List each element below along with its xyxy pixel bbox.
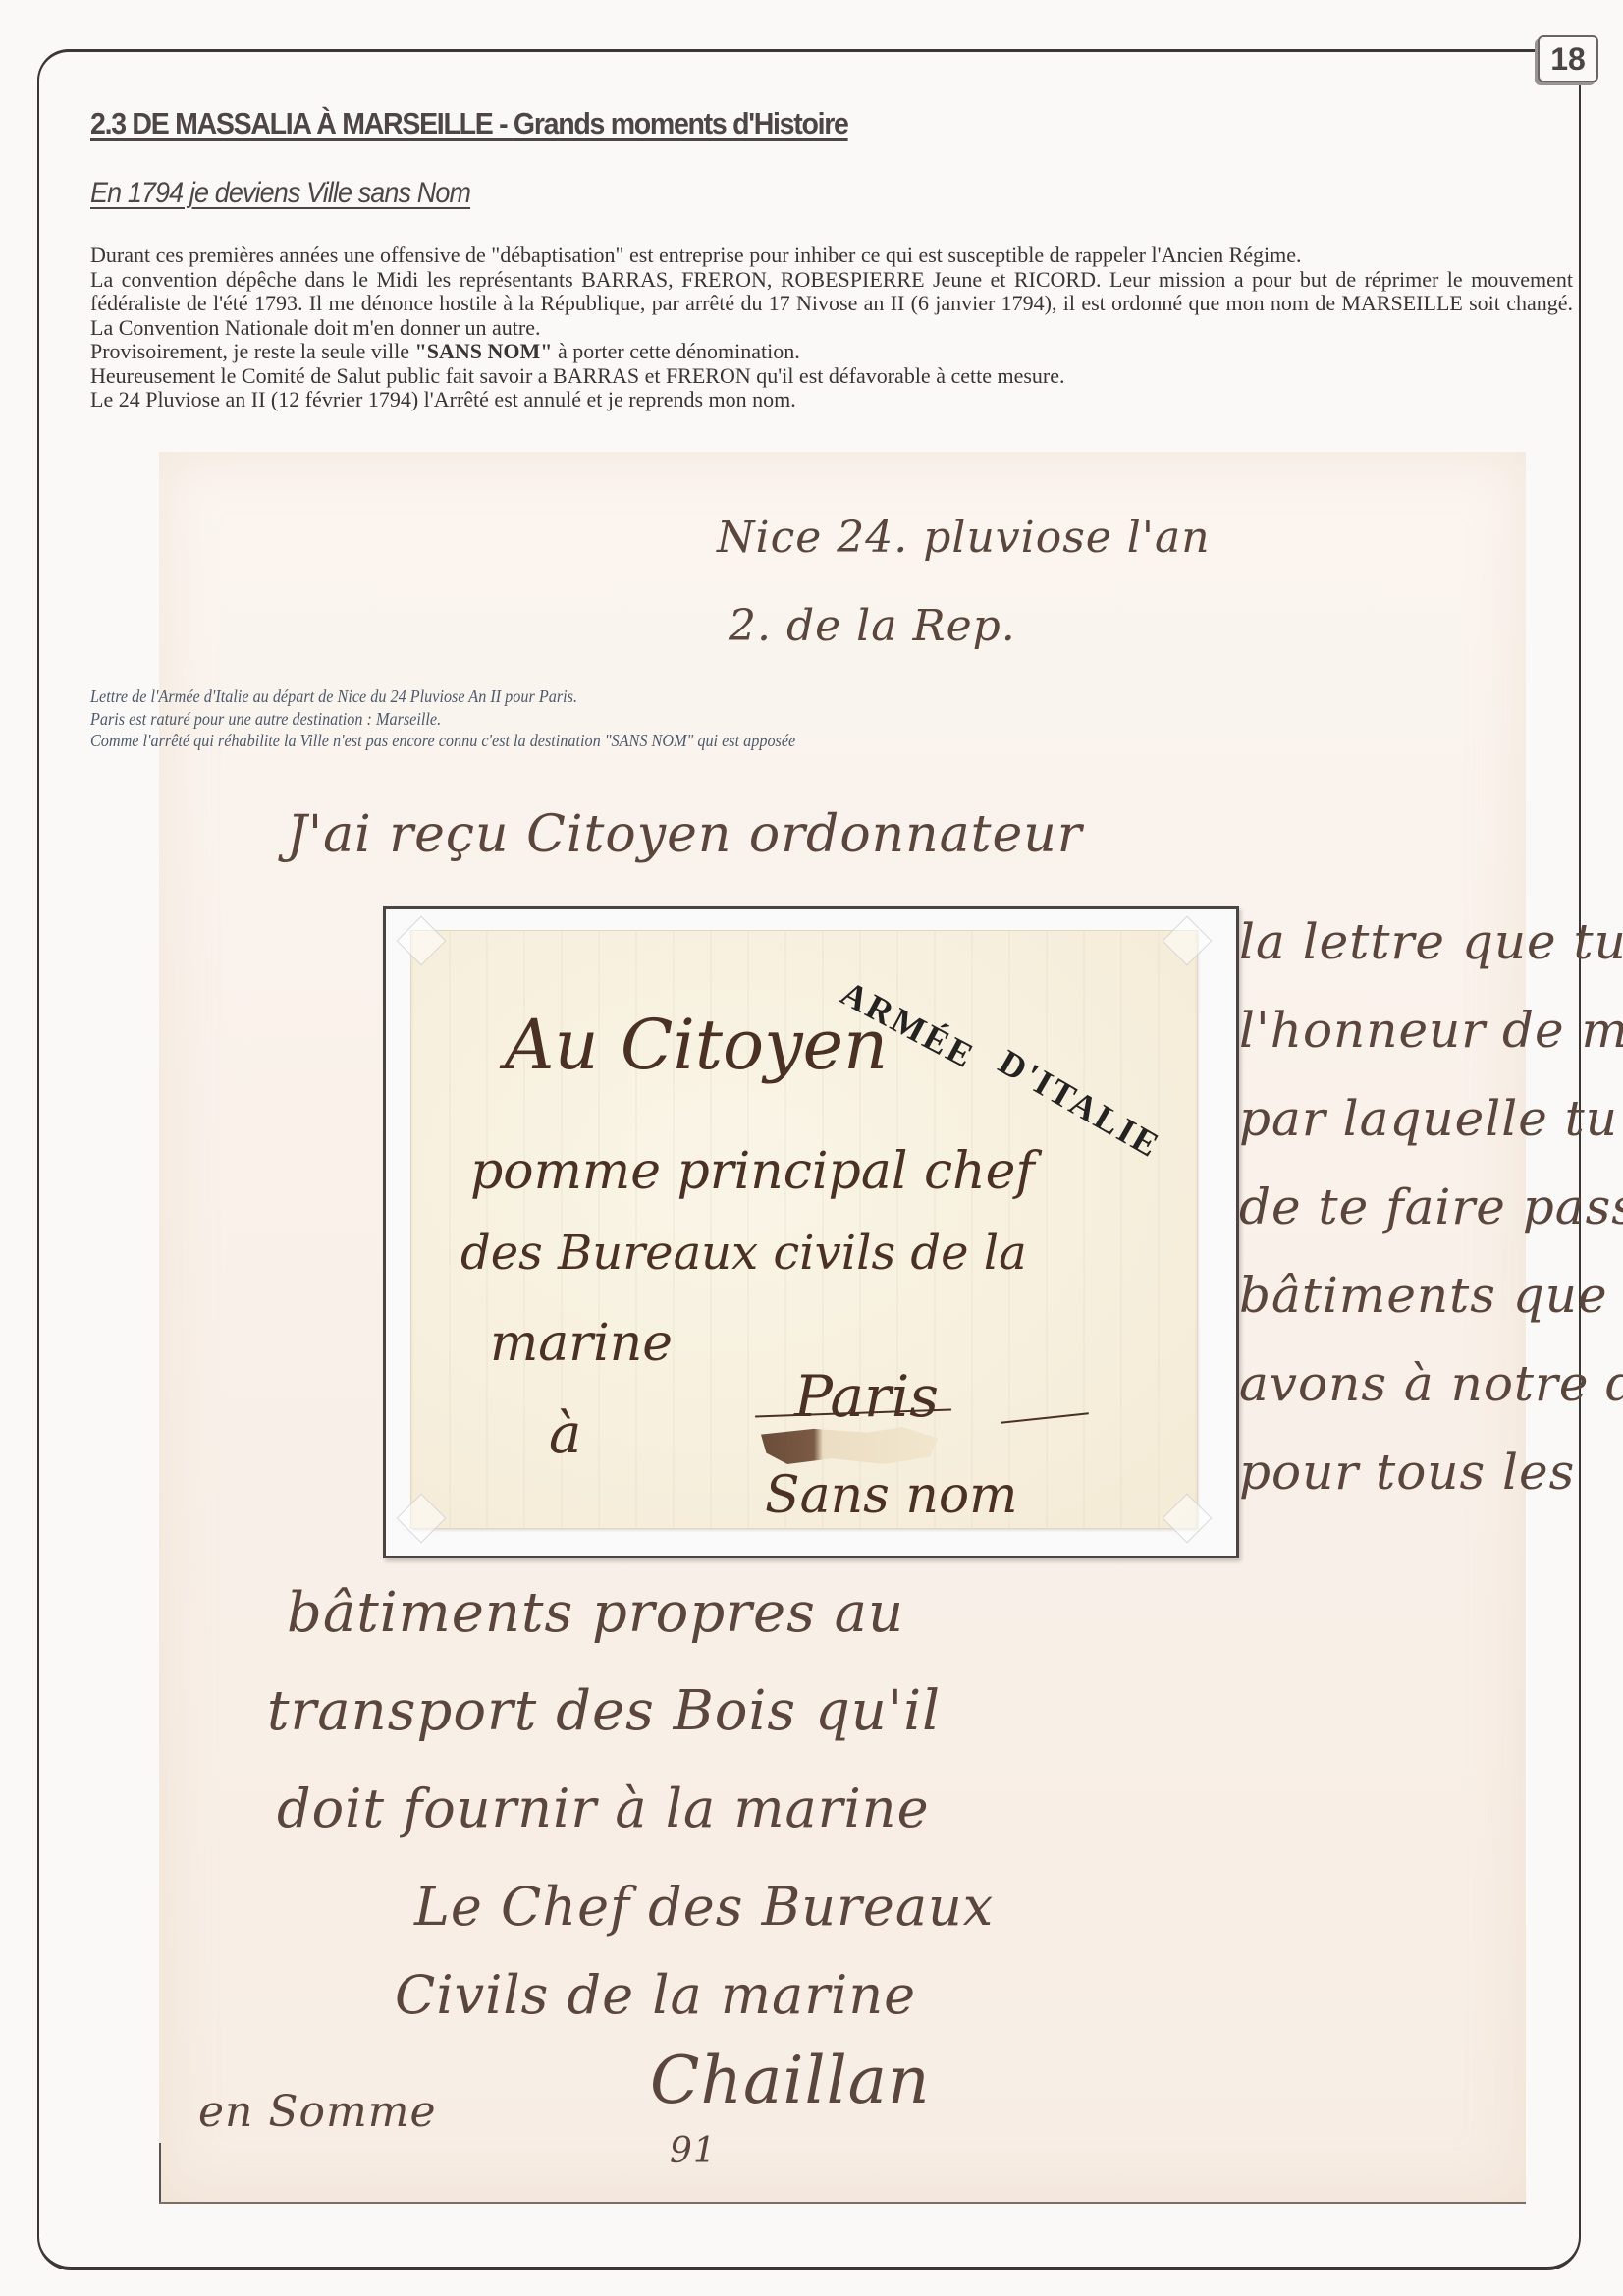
letter-body-line: avons à notre disposition	[1239, 1355, 1623, 1412]
letter-body-line: doit fournir à la marine	[277, 1777, 930, 1839]
letter-body-line: bâtiments propres au	[287, 1581, 904, 1645]
letter-body-line: de te faire passer les	[1239, 1178, 1623, 1235]
erasure-stain	[761, 1427, 938, 1464]
intro-text-span: Provisoirement, je reste la seule ville	[90, 339, 415, 363]
letter-folio: 91	[670, 2131, 717, 2171]
letter-closing-2: Civils de la marine	[395, 1964, 916, 2026]
sans-nom-emphasis: "SANS NOM"	[415, 339, 553, 363]
address-line: Au Citoyen	[505, 1005, 888, 1085]
letter-dateline-1: Nice 24. pluviose l'an	[717, 513, 1211, 563]
page-title-sub: Grands moments d'Histoire	[514, 106, 848, 140]
corner-mount	[1163, 1494, 1213, 1544]
strike-line	[1001, 1412, 1089, 1423]
sheet-fold-mark	[159, 2143, 161, 2202]
letter-closing-1: Le Chef des Bureaux	[414, 1876, 994, 1938]
letter-body-line: pour tous les	[1239, 1444, 1575, 1501]
letter-body-line: bâtiments que nous	[1239, 1267, 1623, 1324]
cover-mount-frame: ARMÉE D'ITALIE Au Citoyen pomme principa…	[383, 906, 1239, 1558]
page-title: 2.3 DE MASSALIA À MARSEILLE - Grands mom…	[90, 106, 848, 141]
intro-text-span: à porter cette dénomination.	[552, 339, 799, 363]
section-subtitle: En 1794 je deviens Ville sans Nom	[90, 177, 470, 210]
intro-paragraph: Heureusement le Comité de Salut public f…	[90, 364, 1573, 389]
corner-mount	[397, 1494, 447, 1544]
letter-body-line: la lettre que tu m'as fait	[1239, 913, 1623, 970]
page-title-main: 2.3 DE MASSALIA À MARSEILLE -	[90, 106, 514, 140]
caption-line: Lettre de l'Armée d'Italie au départ de …	[90, 685, 795, 708]
intro-paragraph: Durant ces premières années une offensiv…	[90, 244, 1573, 268]
letter-body-line: par laquelle tu me demande	[1239, 1090, 1623, 1147]
letter-body-line: J'ai reçu Citoyen ordonnateur	[287, 805, 1083, 864]
corner-mount	[397, 916, 447, 966]
letter-signature: Chaillan	[650, 2043, 931, 2118]
cover-letter: ARMÉE D'ITALIE Au Citoyen pomme principa…	[411, 931, 1197, 1528]
caption-line: Paris est raturé pour une autre destinat…	[90, 708, 795, 731]
caption-line: Comme l'arrêté qui réhabilite la Ville n…	[90, 730, 795, 752]
cover-caption: Lettre de l'Armée d'Italie au départ de …	[90, 685, 795, 752]
intro-paragraph: Provisoirement, je reste la seule ville …	[90, 340, 1573, 364]
intro-paragraph: Le 24 Pluviose an II (12 février 1794) l…	[90, 388, 1573, 412]
address-destination-sans-nom: Sans nom	[765, 1466, 1017, 1525]
intro-paragraph: La convention dépêche dans le Midi les r…	[90, 268, 1573, 341]
corner-mount	[1163, 916, 1213, 966]
address-struck-paris: Paris	[794, 1363, 939, 1430]
address-line: à	[549, 1402, 581, 1466]
letter-body-line: l'honneur de m'écrire le...	[1239, 1002, 1623, 1059]
address-line: pomme principal chef	[470, 1142, 1035, 1201]
intro-text: Durant ces premières années une offensiv…	[90, 244, 1573, 412]
letter-signature-prefix: en Somme	[198, 2087, 436, 2137]
address-line: marine	[490, 1314, 673, 1373]
address-line: des Bureaux civils de la	[460, 1226, 1027, 1281]
letter-body-line: transport des Bois qu'il	[267, 1679, 941, 1743]
page-number: 18	[1538, 35, 1598, 82]
letter-dateline-2: 2. de la Rep.	[729, 601, 1016, 651]
